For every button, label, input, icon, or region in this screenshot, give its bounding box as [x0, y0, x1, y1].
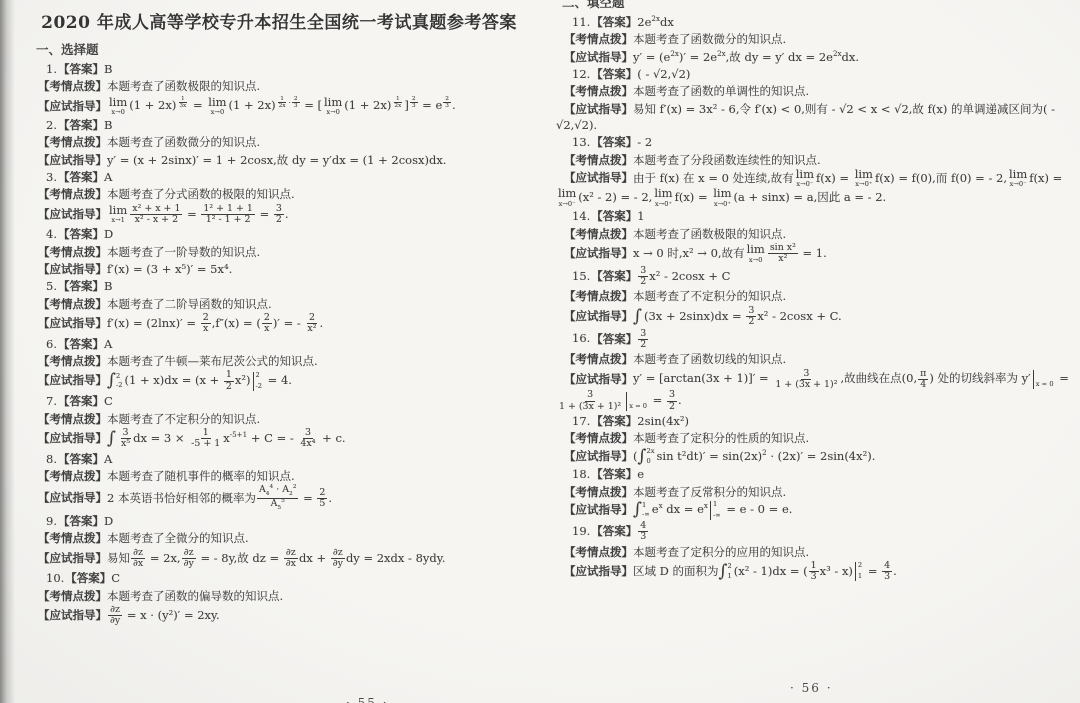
guide-label: 【应试指导】 [38, 98, 107, 112]
answer-value: B [104, 279, 112, 293]
guide-line: 【应试指导】∂z∂y = x · (y²)′ = 2xy. [30, 605, 528, 627]
exam-point-line: 【考情点拨】本题考查了牛顿—莱布尼茨公式的知识点. [30, 353, 528, 369]
answer-line: 6.【答案】A [30, 336, 528, 352]
guide-line: 【应试指导】limx→0(1 + 2x)13x = limx→0(1 + 2x)… [30, 96, 528, 116]
answer-label: 【答案】 [58, 118, 104, 132]
exam-point-label: 【考情点拨】 [564, 545, 633, 559]
guide-label: 【应试指导】 [38, 373, 107, 387]
question-item: 11.【答案】2e2xdx【考情点拨】本题考查了函数微分的知识点.【应试指导】y… [556, 14, 1074, 65]
answer-value: A [104, 170, 112, 184]
question-number: 13. [572, 135, 590, 149]
exam-point-label: 【考情点拨】 [38, 531, 107, 545]
answer-value: 32 [637, 331, 649, 345]
answer-label: 【答案】 [591, 414, 637, 428]
exam-point-label: 【考情点拨】 [564, 227, 633, 241]
question-item: 3.【答案】A【考情点拨】本题考查了分式函数的极限的知识点.【应试指导】limx… [30, 169, 528, 225]
guide-text: 区域 D 的面积为∫21(x² - 1)dx = (13x³ - x)21 = … [633, 564, 897, 578]
guide-text: ∫3x⁵dx = 3 × 1-5 + 1x-5+1 + C = - 34x⁴ +… [107, 431, 346, 445]
answer-line: 11.【答案】2e2xdx [556, 14, 1074, 30]
guide-line: 【应试指导】∫3x⁵dx = 3 × 1-5 + 1x-5+1 + C = - … [30, 428, 528, 450]
question-number: 7. [46, 394, 57, 408]
question-item: 8.【答案】A【考情点拨】本题考查了随机事件的概率的知识点.【应试指导】2 本英… [30, 451, 528, 512]
guide-text: ∫1-∞ex dx = ex1-∞ = e - 0 = e. [633, 502, 792, 516]
guide-label: 【应试指导】 [564, 371, 633, 385]
guide-line: 【应试指导】(∫2x0sin t²dt)′ = sin(2x)2 · (2x)′… [556, 448, 1074, 466]
guide-text: (∫2x0sin t²dt)′ = sin(2x)2 · (2x)′ = 2si… [633, 449, 875, 463]
exam-point-line: 【考情点拨】本题考查了函数的单调性的知识点. [556, 83, 1074, 99]
answer-line: 7.【答案】C [30, 393, 528, 409]
question-number: 9. [46, 514, 57, 528]
answer-line: 15.【答案】32x² - 2cosx + C [556, 266, 1074, 288]
question-number: 11. [572, 15, 590, 29]
guide-label: 【应试指导】 [564, 246, 633, 260]
question-item: 15.【答案】32x² - 2cosx + C【考情点拨】本题考查了不定积分的知… [556, 266, 1074, 328]
answer-line: 19.【答案】43 [556, 521, 1074, 543]
answer-label: 【答案】 [65, 571, 111, 585]
exam-point-line: 【考情点拨】本题考查了分式函数的极限的知识点. [30, 186, 528, 202]
answer-value: B [104, 62, 112, 76]
exam-point-label: 【考情点拨】 [564, 431, 633, 445]
answer-line: 17.【答案】2sin(4x²) [556, 413, 1074, 429]
exam-point-line: 【考情点拨】本题考查了函数切线的知识点. [556, 351, 1074, 367]
question-number: 4. [46, 227, 57, 241]
exam-point-text: 本题考查了定积分的性质的知识点. [633, 431, 809, 445]
guide-line: 【应试指导】y′ = [arctan(3x + 1)]′ = 31 + (3x … [556, 369, 1074, 413]
exam-point-text: 本题考查了函数极限的知识点. [633, 227, 786, 241]
exam-point-line: 【考情点拨】本题考查了函数极限的知识点. [556, 226, 1074, 242]
page-right: 二、填空题 11.【答案】2e2xdx【考情点拨】本题考查了函数微分的知识点.【… [556, 0, 1074, 584]
guide-text: ∫2-2(1 + x)dx = (x + 12x²)2-2 = 4. [107, 373, 292, 387]
answer-label: 【答案】 [58, 514, 104, 528]
guide-line: 【应试指导】x → 0 时,x² → 0,故有limx→0sin x²x² = … [556, 243, 1074, 265]
exam-point-line: 【考情点拨】本题考查了定积分的性质的知识点. [556, 430, 1074, 446]
page-number-left: · 55 · [346, 696, 389, 703]
exam-point-label: 【考情点拨】 [38, 79, 107, 93]
exam-point-line: 【考情点拨】本题考查了定积分的应用的知识点. [556, 544, 1074, 560]
question-item: 10.【答案】C【考情点拨】本题考查了函数的偏导数的知识点.【应试指导】∂z∂y… [30, 570, 528, 626]
guide-text: ∂z∂y = x · (y²)′ = 2xy. [107, 608, 220, 622]
question-item: 18.【答案】e【考情点拨】本题考查了反常积分的知识点.【应试指导】∫1-∞ex… [556, 466, 1074, 519]
guide-label: 【应试指导】 [38, 551, 107, 565]
guide-label: 【应试指导】 [564, 171, 633, 185]
answer-line: 4.【答案】D [30, 226, 528, 242]
guide-label: 【应试指导】 [564, 449, 633, 463]
exam-point-text: 本题考查了函数的偏导数的知识点. [107, 589, 283, 603]
answer-line: 10.【答案】C [30, 570, 528, 586]
question-item: 13.【答案】- 2【考情点拨】本题考查了分段函数连续性的知识点.【应试指导】由… [556, 134, 1074, 207]
exam-point-text: 本题考查了不定积分的知识点. [633, 289, 786, 303]
exam-point-line: 【考情点拨】本题考查了函数微分的知识点. [30, 134, 528, 150]
guide-label: 【应试指导】 [564, 564, 633, 578]
question-list-left: 1.【答案】B【考情点拨】本题考查了函数极限的知识点.【应试指导】limx→0(… [30, 61, 528, 627]
guide-label: 【应试指导】 [38, 431, 107, 445]
guide-text: 2 本英语书恰好相邻的概率为A44 · A22A55 = 25. [107, 491, 332, 505]
guide-label: 【应试指导】 [38, 316, 107, 330]
guide-text: y′ = [arctan(3x + 1)]′ = 31 + (3x + 1)²,… [556, 371, 1069, 407]
exam-point-label: 【考情点拨】 [38, 354, 107, 368]
exam-point-line: 【考情点拨】本题考查了随机事件的概率的知识点. [30, 468, 528, 484]
exam-point-label: 【考情点拨】 [564, 485, 633, 499]
exam-point-label: 【考情点拨】 [564, 352, 633, 366]
guide-label: 【应试指导】 [564, 102, 633, 116]
answer-label: 【答案】 [58, 452, 104, 466]
answer-line: 16.【答案】32 [556, 329, 1074, 351]
answer-label: 【答案】 [591, 15, 637, 29]
answer-line: 8.【答案】A [30, 451, 528, 467]
question-item: 2.【答案】B【考情点拨】本题考查了函数微分的知识点.【应试指导】y′ = (x… [30, 117, 528, 168]
answer-label: 【答案】 [591, 524, 637, 538]
exam-point-label: 【考情点拨】 [38, 412, 107, 426]
guide-label: 【应试指导】 [564, 502, 633, 516]
answer-value: 2e2xdx [637, 15, 674, 29]
exam-point-line: 【考情点拨】本题考查了二阶导函数的知识点. [30, 296, 528, 312]
exam-point-text: 本题考查了定积分的应用的知识点. [633, 545, 809, 559]
exam-point-line: 【考情点拨】本题考查了一阶导数的知识点. [30, 244, 528, 260]
exam-point-label: 【考情点拨】 [564, 84, 633, 98]
question-item: 5.【答案】B【考情点拨】本题考查了二阶导函数的知识点.【应试指导】f′(x) … [30, 278, 528, 334]
guide-line: 【应试指导】y′ = (x + 2sinx)′ = 1 + 2cosx,故 dy… [30, 152, 528, 168]
answer-value: B [104, 118, 112, 132]
question-number: 3. [46, 170, 57, 184]
answer-value: C [104, 394, 113, 408]
question-number: 6. [46, 337, 57, 351]
exam-point-label: 【考情点拨】 [38, 135, 107, 149]
guide-text: y′ = (e2x)′ = 2e2x,故 dy = y′ dx = 2e2xdx… [633, 50, 859, 64]
exam-point-label: 【考情点拨】 [564, 153, 633, 167]
answer-value: D [104, 514, 113, 528]
answer-value: D [104, 227, 113, 241]
answer-value: 2sin(4x²) [637, 414, 689, 428]
exam-point-label: 【考情点拨】 [38, 589, 107, 603]
question-number: 19. [572, 524, 590, 538]
guide-line: 【应试指导】易知∂z∂x = 2x,∂z∂y = - 8y,故 dz = ∂z∂… [30, 548, 528, 570]
answer-line: 5.【答案】B [30, 278, 528, 294]
exam-point-text: 本题考查了函数微分的知识点. [107, 135, 260, 149]
page-left: 2020 年成人高等学校专升本招生全国统一考试真题参考答案 一、选择题 1.【答… [30, 6, 528, 628]
answer-label: 【答案】 [591, 67, 637, 81]
answer-label: 【答案】 [591, 135, 637, 149]
page-number-right: · 56 · [790, 681, 833, 695]
answer-line: 2.【答案】B [30, 117, 528, 133]
exam-point-text: 本题考查了函数的单调性的知识点. [633, 84, 809, 98]
guide-label: 【应试指导】 [564, 50, 633, 64]
scanned-document-spread: 2020 年成人高等学校专升本招生全国统一考试真题参考答案 一、选择题 1.【答… [0, 0, 1080, 703]
exam-point-line: 【考情点拨】本题考查了不定积分的知识点. [556, 288, 1074, 304]
exam-point-text: 本题考查了随机事件的概率的知识点. [107, 469, 295, 483]
guide-text: y′ = (x + 2sinx)′ = 1 + 2cosx,故 dy = y′d… [107, 153, 446, 167]
exam-point-label: 【考情点拨】 [38, 297, 107, 311]
exam-point-label: 【考情点拨】 [38, 187, 107, 201]
exam-point-text: 本题考查了函数微分的知识点. [633, 32, 786, 46]
answer-label: 【答案】 [58, 62, 104, 76]
document-title: 2020 年成人高等学校专升本招生全国统一考试真题参考答案 [30, 8, 528, 33]
section-header-fill-blank: 二、填空题 [556, 0, 1074, 11]
exam-point-line: 【考情点拨】本题考查了函数的偏导数的知识点. [30, 588, 528, 604]
exam-point-label: 【考情点拨】 [564, 32, 633, 46]
question-item: 7.【答案】C【考情点拨】本题考查了不定积分的知识点.【应试指导】∫3x⁵dx … [30, 393, 528, 449]
question-number: 10. [46, 571, 64, 585]
question-item: 9.【答案】D【考情点拨】本题考查了全微分的知识点.【应试指导】易知∂z∂x =… [30, 513, 528, 569]
exam-point-text: 本题考查了一阶导数的知识点. [107, 245, 260, 259]
question-item: 16.【答案】32【考情点拨】本题考查了函数切线的知识点.【应试指导】y′ = … [556, 329, 1074, 413]
guide-label: 【应试指导】 [38, 207, 107, 221]
guide-line: 【应试指导】易知 f′(x) = 3x² - 6,令 f′(x) < 0,则有 … [556, 101, 1074, 134]
exam-point-text: 本题考查了反常积分的知识点. [633, 485, 786, 499]
answer-label: 【答案】 [591, 331, 637, 345]
guide-line: 【应试指导】limx→1x² + x + 1x² - x + 2 = 1² + … [30, 204, 528, 226]
answer-line: 3.【答案】A [30, 169, 528, 185]
exam-point-text: 本题考查了不定积分的知识点. [107, 412, 260, 426]
answer-label: 【答案】 [591, 467, 637, 481]
question-item: 19.【答案】43【考情点拨】本题考查了定积分的应用的知识点.【应试指导】区域 … [556, 521, 1074, 583]
section-header-choice: 一、选择题 [30, 40, 528, 58]
question-number: 2. [46, 118, 57, 132]
scan-edge-shadow [0, 0, 15, 703]
exam-point-text: 本题考查了分段函数连续性的知识点. [633, 153, 821, 167]
answer-value: 43 [637, 524, 649, 538]
guide-line: 【应试指导】2 本英语书恰好相邻的概率为A44 · A22A55 = 25. [30, 485, 528, 512]
exam-point-text: 本题考查了牛顿—莱布尼茨公式的知识点. [107, 354, 318, 368]
question-item: 6.【答案】A【考情点拨】本题考查了牛顿—莱布尼茨公式的知识点.【应试指导】∫2… [30, 336, 528, 392]
guide-text: limx→1x² + x + 1x² - x + 2 = 1² + 1 + 11… [107, 207, 289, 221]
exam-point-label: 【考情点拨】 [564, 289, 633, 303]
answer-label: 【答案】 [58, 394, 104, 408]
guide-text: 易知∂z∂x = 2x,∂z∂y = - 8y,故 dz = ∂z∂xdx + … [107, 551, 445, 565]
answer-line: 18.【答案】e [556, 466, 1074, 482]
exam-point-label: 【考情点拨】 [38, 245, 107, 259]
answer-label: 【答案】 [58, 170, 104, 184]
answer-value: A [104, 337, 112, 351]
question-number: 17. [572, 414, 590, 428]
answer-line: 9.【答案】D [30, 513, 528, 529]
answer-value: ( - √2,√2) [637, 67, 690, 81]
guide-text: limx→0(1 + 2x)13x = limx→0(1 + 2x)12x·23… [107, 98, 456, 112]
question-number: 14. [572, 209, 590, 223]
guide-line: 【应试指导】∫2-2(1 + x)dx = (x + 12x²)2-2 = 4. [30, 370, 528, 392]
exam-point-line: 【考情点拨】本题考查了函数微分的知识点. [556, 31, 1074, 47]
exam-point-text: 本题考查了分式函数的极限的知识点. [107, 187, 295, 201]
question-item: 4.【答案】D【考情点拨】本题考查了一阶导数的知识点.【应试指导】f′(x) =… [30, 226, 528, 277]
answer-value: - 2 [637, 135, 652, 149]
guide-line: 【应试指导】f′(x) = (2lnx)′ = 2x,f″(x) = (2x)′… [30, 313, 528, 335]
guide-label: 【应试指导】 [38, 262, 107, 276]
guide-line: 【应试指导】由于 f(x) 在 x = 0 处连续,故有limx→0⁻f(x) … [556, 169, 1074, 207]
question-item: 12.【答案】( - √2,√2)【考情点拨】本题考查了函数的单调性的知识点.【… [556, 66, 1074, 133]
question-number: 12. [572, 67, 590, 81]
guide-label: 【应试指导】 [38, 608, 107, 622]
exam-point-text: 本题考查了全微分的知识点. [107, 531, 249, 545]
question-number: 15. [572, 269, 590, 283]
answer-label: 【答案】 [58, 279, 104, 293]
answer-value: C [111, 571, 120, 585]
answer-label: 【答案】 [591, 269, 637, 283]
answer-line: 13.【答案】- 2 [556, 134, 1074, 150]
guide-text: x → 0 时,x² → 0,故有limx→0sin x²x² = 1. [633, 246, 827, 260]
guide-line: 【应试指导】f′(x) = (3 + x⁵)′ = 5x⁴. [30, 261, 528, 277]
answer-line: 1.【答案】B [30, 61, 528, 77]
guide-text: f′(x) = (3 + x⁵)′ = 5x⁴. [107, 262, 232, 276]
guide-text: f′(x) = (2lnx)′ = 2x,f″(x) = (2x)′ = - 2… [107, 316, 323, 330]
exam-point-line: 【考情点拨】本题考查了反常积分的知识点. [556, 484, 1074, 500]
guide-label: 【应试指导】 [38, 153, 107, 167]
exam-point-label: 【考情点拨】 [38, 469, 107, 483]
exam-point-line: 【考情点拨】本题考查了分段函数连续性的知识点. [556, 152, 1074, 168]
exam-point-line: 【考情点拨】本题考查了全微分的知识点. [30, 530, 528, 546]
question-number: 8. [46, 452, 57, 466]
guide-text: ∫(3x + 2sinx)dx = 32x² - 2cosx + C. [633, 309, 842, 323]
exam-point-text: 本题考查了二阶导函数的知识点. [107, 297, 272, 311]
question-list-right: 11.【答案】2e2xdx【考情点拨】本题考查了函数微分的知识点.【应试指导】y… [556, 14, 1074, 583]
question-number: 5. [46, 279, 57, 293]
question-item: 1.【答案】B【考情点拨】本题考查了函数极限的知识点.【应试指导】limx→0(… [30, 61, 528, 116]
answer-value: 32x² - 2cosx + C [637, 269, 730, 283]
exam-point-text: 本题考查了函数极限的知识点. [107, 79, 260, 93]
guide-line: 【应试指导】y′ = (e2x)′ = 2e2x,故 dy = y′ dx = … [556, 49, 1074, 65]
guide-line: 【应试指导】∫(3x + 2sinx)dx = 32x² - 2cosx + C… [556, 306, 1074, 328]
answer-line: 12.【答案】( - √2,√2) [556, 66, 1074, 82]
answer-label: 【答案】 [58, 227, 104, 241]
exam-point-text: 本题考查了函数切线的知识点. [633, 352, 786, 366]
answer-value: e [637, 467, 644, 481]
answer-label: 【答案】 [58, 337, 104, 351]
answer-line: 14.【答案】1 [556, 208, 1074, 224]
guide-line: 【应试指导】∫1-∞ex dx = ex1-∞ = e - 0 = e. [556, 501, 1074, 520]
guide-label: 【应试指导】 [38, 491, 107, 505]
question-number: 1. [46, 62, 57, 76]
question-number: 16. [572, 331, 590, 345]
answer-value: A [104, 452, 112, 466]
guide-label: 【应试指导】 [564, 309, 633, 323]
guide-line: 【应试指导】区域 D 的面积为∫21(x² - 1)dx = (13x³ - x… [556, 561, 1074, 583]
question-item: 17.【答案】2sin(4x²)【考情点拨】本题考查了定积分的性质的知识点.【应… [556, 413, 1074, 465]
exam-point-line: 【考情点拨】本题考查了函数极限的知识点. [30, 78, 528, 94]
answer-value: 1 [637, 209, 644, 223]
answer-label: 【答案】 [591, 209, 637, 223]
question-number: 18. [572, 467, 590, 481]
exam-point-line: 【考情点拨】本题考查了不定积分的知识点. [30, 411, 528, 427]
question-item: 14.【答案】1【考情点拨】本题考查了函数极限的知识点.【应试指导】x → 0 … [556, 208, 1074, 264]
